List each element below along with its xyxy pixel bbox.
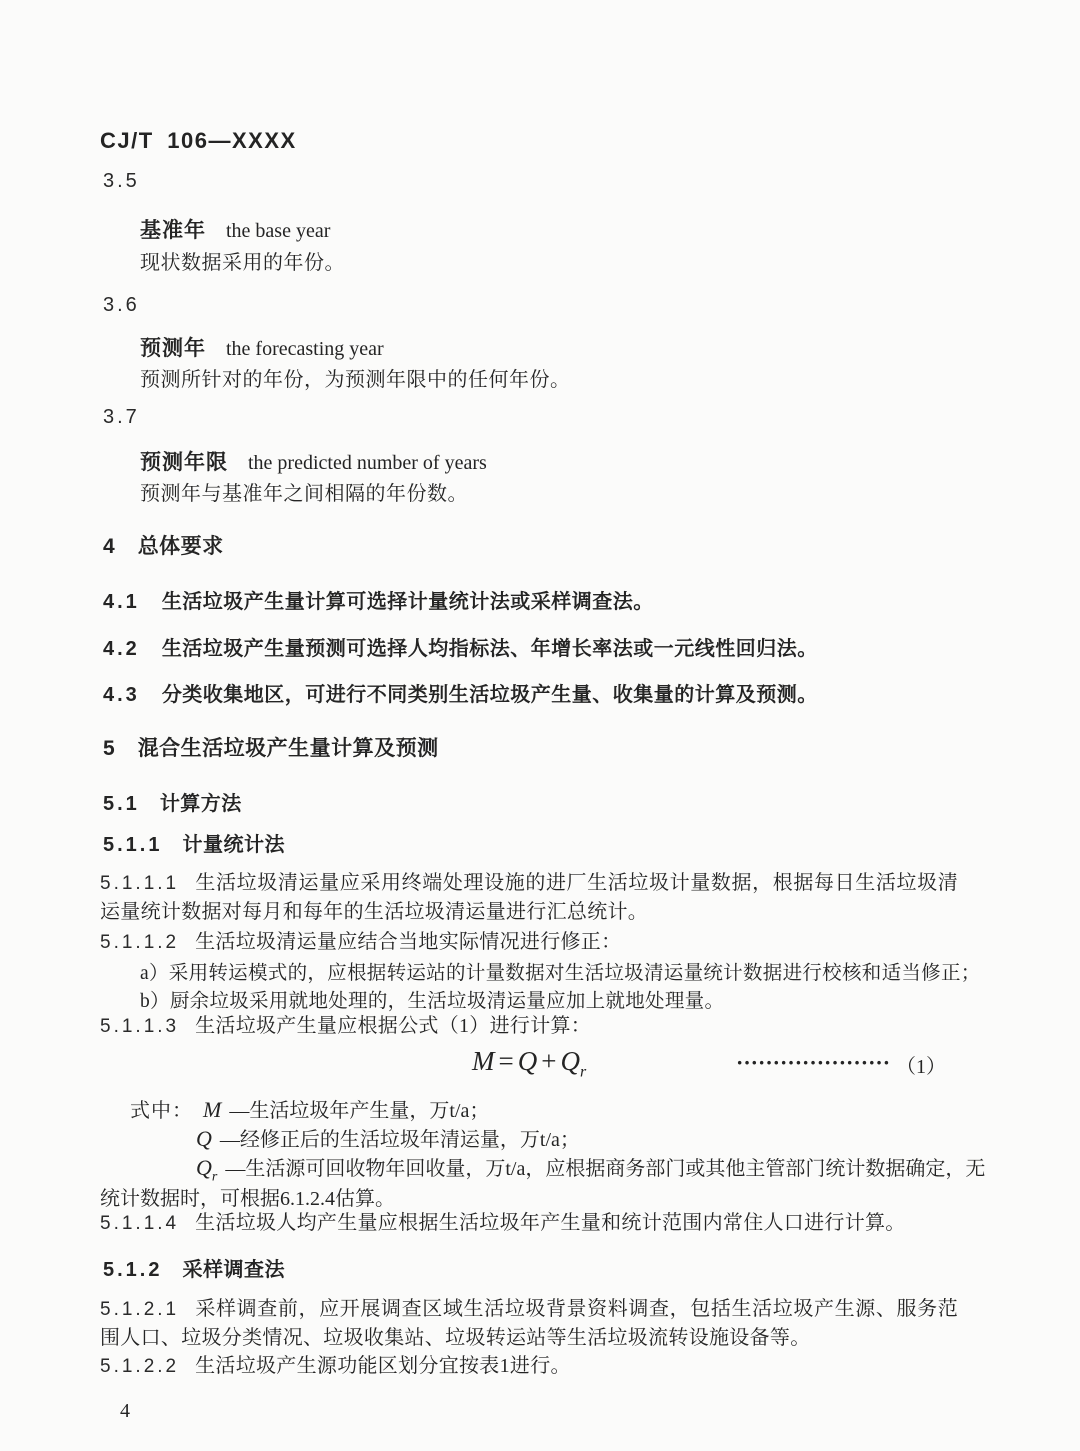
term-definition-3-6: 预测所针对的年份，为预测年限中的任何年份。 <box>140 363 571 392</box>
section-5-1-number: 5.1 <box>103 793 140 815</box>
term-row-3-7: 预测年限the predicted number of years <box>140 446 487 476</box>
clause-5-1-2-2-text: 生活垃圾产生源功能区划分宜按表1进行。 <box>195 1355 571 1377</box>
clause-4-1-text: 生活垃圾产生量计算可选择计量统计法或采样调查法。 <box>162 591 654 613</box>
clause-5-1-1-4: 5.1.1.4生活垃圾人均产生量应根据生活垃圾年产生量和统计范围内常住人口进行计… <box>100 1209 958 1238</box>
term-definition-3-5: 现状数据采用的年份。 <box>140 246 345 275</box>
term-zh-3-5: 基准年 <box>140 219 206 242</box>
clause-5-1-1-1-number: 5.1.1.1 <box>100 873 179 894</box>
term-row-3-5: 基准年the base year <box>140 214 330 244</box>
section-5-title: 混合生活垃圾产生量计算及预测 <box>138 737 439 760</box>
section-5-1-2-heading: 5.1.2采样调查法 <box>103 1253 285 1282</box>
where-label: 式中： <box>130 1100 193 1122</box>
clause-5-1-1-3-number: 5.1.1.3 <box>100 1016 179 1037</box>
clause-5-1-1-1-text: 生活垃圾清运量应采用终端处理设施的进厂生活垃圾计量数据，根据每日生活垃圾清运量统… <box>100 872 958 923</box>
formula-1-row: M=Q+Qr ····················· （1） <box>100 1046 958 1086</box>
where-line-M: 式中：M—生活垃圾年产生量，万t/a； <box>130 1094 489 1123</box>
term-en-3-6: the forecasting year <box>226 338 384 360</box>
formula-1: M=Q+Qr <box>472 1046 586 1081</box>
formula-var-Q: Q <box>518 1046 538 1076</box>
list-item-b-text: 厨余垃圾采用就地处理的，生活垃圾清运量应加上就地处理量。 <box>170 991 724 1012</box>
clause-4-2: 4.2生活垃圾产生量预测可选择人均指标法、年增长率法或一元线性回归法。 <box>103 632 818 661</box>
clause-5-1-2-1: 5.1.2.1采样调查前，应开展调查区域生活垃圾背景资料调查，包括生活垃圾产生源… <box>100 1295 958 1353</box>
formula-plus: + <box>537 1046 560 1076</box>
term-definition-3-7: 预测年与基准年之间相隔的年份数。 <box>140 477 468 506</box>
list-item-b: b）厨余垃圾采用就地处理的，生活垃圾清运量应加上就地处理量。 <box>140 985 724 1013</box>
formula-var-Qr: Q <box>560 1046 580 1076</box>
section-5-1-heading: 5.1计算方法 <box>103 787 242 816</box>
clause-4-3-number: 4.3 <box>103 684 140 706</box>
formula-equals: = <box>495 1046 518 1076</box>
clause-number-3-7: 3.7 <box>103 406 140 429</box>
list-item-a-text: 采用转运模式的，应根据转运站的计量数据对生活垃圾清运量统计数据进行校核和适当修正… <box>169 963 981 984</box>
section-5-1-2-number: 5.1.2 <box>103 1259 162 1281</box>
section-4-title: 总体要求 <box>138 535 224 558</box>
list-item-a: a）采用转运模式的，应根据转运站的计量数据对生活垃圾清运量统计数据进行校核和适当… <box>140 957 981 985</box>
section-5-1-1-number: 5.1.1 <box>103 834 162 856</box>
where-symbol-Qr-base: Q <box>196 1155 212 1180</box>
where-line-Q: Q—经修正后的生活垃圾年清运量，万t/a； <box>196 1123 580 1152</box>
clause-number-3-6: 3.6 <box>103 294 140 317</box>
clause-5-1-2-2-number: 5.1.2.2 <box>100 1356 179 1377</box>
section-5-1-title: 计算方法 <box>160 793 242 815</box>
term-row-3-6: 预测年the forecasting year <box>140 332 384 362</box>
list-item-a-label: a） <box>140 963 169 984</box>
formula-equation-number: （1） <box>896 1050 946 1079</box>
section-5-number: 5 <box>103 737 118 760</box>
clause-4-2-number: 4.2 <box>103 638 140 660</box>
doc-code-header: CJ/T 106—XXXX <box>100 128 297 154</box>
where-line-Qr: Qr—生活源可回收物年回收量，万t/a，应根据商务部门或其他主管部门统计数据确定… <box>196 1152 985 1185</box>
section-4-heading: 4总体要求 <box>103 530 224 560</box>
where-symbol-Q: Q <box>196 1126 212 1151</box>
clause-4-1-number: 4.1 <box>103 591 140 613</box>
section-5-1-1-title: 计量统计法 <box>182 834 285 856</box>
formula-var-M: M <box>472 1046 495 1076</box>
where-desc-M: —生活垃圾年产生量，万t/a； <box>229 1100 489 1122</box>
where-continuation-line: 统计数据时，可根据6.1.2.4估算。 <box>100 1182 395 1211</box>
term-zh-3-6: 预测年 <box>140 337 206 360</box>
clause-5-1-1-3: 5.1.1.3生活垃圾产生量应根据公式（1）进行计算： <box>100 1012 958 1041</box>
clause-5-1-1-2-text: 生活垃圾清运量应结合当地实际情况进行修正： <box>195 931 621 953</box>
clause-5-1-1-4-text: 生活垃圾人均产生量应根据生活垃圾年产生量和统计范围内常住人口进行计算。 <box>195 1212 906 1234</box>
section-5-1-2-title: 采样调查法 <box>182 1259 285 1281</box>
clause-5-1-2-1-number: 5.1.2.1 <box>100 1299 179 1320</box>
section-5-heading: 5混合生活垃圾产生量计算及预测 <box>103 732 439 762</box>
clause-4-1: 4.1生活垃圾产生量计算可选择计量统计法或采样调查法。 <box>103 585 654 614</box>
term-zh-3-7: 预测年限 <box>140 451 228 474</box>
document-page: CJ/T 106—XXXX 3.5 基准年the base year 现状数据采… <box>0 0 1080 1451</box>
clause-5-1-1-2-number: 5.1.1.2 <box>100 932 179 953</box>
clause-5-1-1-4-number: 5.1.1.4 <box>100 1213 179 1234</box>
where-symbol-M: M <box>203 1097 221 1122</box>
formula-leader-dots: ····················· <box>736 1050 890 1076</box>
term-en-3-7: the predicted number of years <box>248 452 487 474</box>
term-en-3-5: the base year <box>226 220 330 242</box>
clause-5-1-2-2: 5.1.2.2生活垃圾产生源功能区划分宜按表1进行。 <box>100 1352 958 1381</box>
clause-4-3: 4.3分类收集地区，可进行不同类别生活垃圾产生量、收集量的计算及预测。 <box>103 678 818 707</box>
clause-number-3-5: 3.5 <box>103 170 140 193</box>
clause-4-2-text: 生活垃圾产生量预测可选择人均指标法、年增长率法或一元线性回归法。 <box>162 638 818 660</box>
clause-5-1-1-1: 5.1.1.1生活垃圾清运量应采用终端处理设施的进厂生活垃圾计量数据，根据每日生… <box>100 869 958 927</box>
where-symbol-Qr: Qr <box>196 1155 217 1180</box>
where-desc-Qr: —生活源可回收物年回收量，万t/a，应根据商务部门或其他主管部门统计数据确定，无 <box>225 1158 985 1180</box>
section-4-number: 4 <box>103 535 118 558</box>
formula-subscript-r: r <box>580 1063 586 1080</box>
where-desc-Q: —经修正后的生活垃圾年清运量，万t/a； <box>220 1129 580 1151</box>
page-number: 4 <box>120 1400 130 1423</box>
clause-5-1-2-1-text: 采样调查前，应开展调查区域生活垃圾背景资料调查，包括生活垃圾产生源、服务范围人口… <box>100 1298 958 1349</box>
list-item-b-label: b） <box>140 991 170 1012</box>
clause-5-1-1-3-text: 生活垃圾产生量应根据公式（1）进行计算： <box>195 1015 591 1037</box>
section-5-1-1-heading: 5.1.1计量统计法 <box>103 828 285 857</box>
clause-4-3-text: 分类收集地区，可进行不同类别生活垃圾产生量、收集量的计算及预测。 <box>162 684 818 706</box>
clause-5-1-1-2: 5.1.1.2生活垃圾清运量应结合当地实际情况进行修正： <box>100 928 958 957</box>
